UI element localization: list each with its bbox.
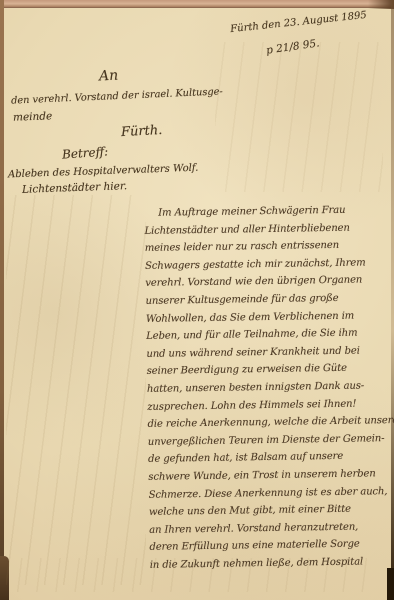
left-binding-edge <box>0 0 4 600</box>
letter-body: Im Auftrage meiner Schwägerin FrauLichte… <box>144 201 390 574</box>
date-line: Fürth den 23. August 1895 <box>230 10 368 35</box>
address-city: Fürth. <box>121 123 163 140</box>
scanned-letter-page: Fürth den 23. August 1895 p 21/8 95. An … <box>0 0 394 600</box>
ink-showthrough-top <box>215 42 383 192</box>
address-salutation: An <box>99 68 119 85</box>
page-top-binding-edge <box>0 0 394 8</box>
body-text-line: verehrl. Vorstand wie den übrigen Organe… <box>145 272 385 293</box>
address-line-1: den verehrl. Vorstand der israel. Kultus… <box>11 86 223 106</box>
subject-label: Betreff: <box>62 144 109 161</box>
subject-line-2: Lichtenstädter hier. <box>22 180 127 196</box>
body-text-line: in die Zukunft nehmen ließe, dem Hospita… <box>150 553 390 574</box>
bottom-left-binding-corner <box>0 556 9 600</box>
address-line-2: meinde <box>13 110 53 123</box>
reference-number: p 21/8 95. <box>265 37 320 56</box>
subject-line-1: Ableben des Hospitalverwalters Wolf. <box>8 163 199 181</box>
bottom-right-shadow <box>387 568 394 600</box>
ink-showthrough-left <box>6 195 146 585</box>
